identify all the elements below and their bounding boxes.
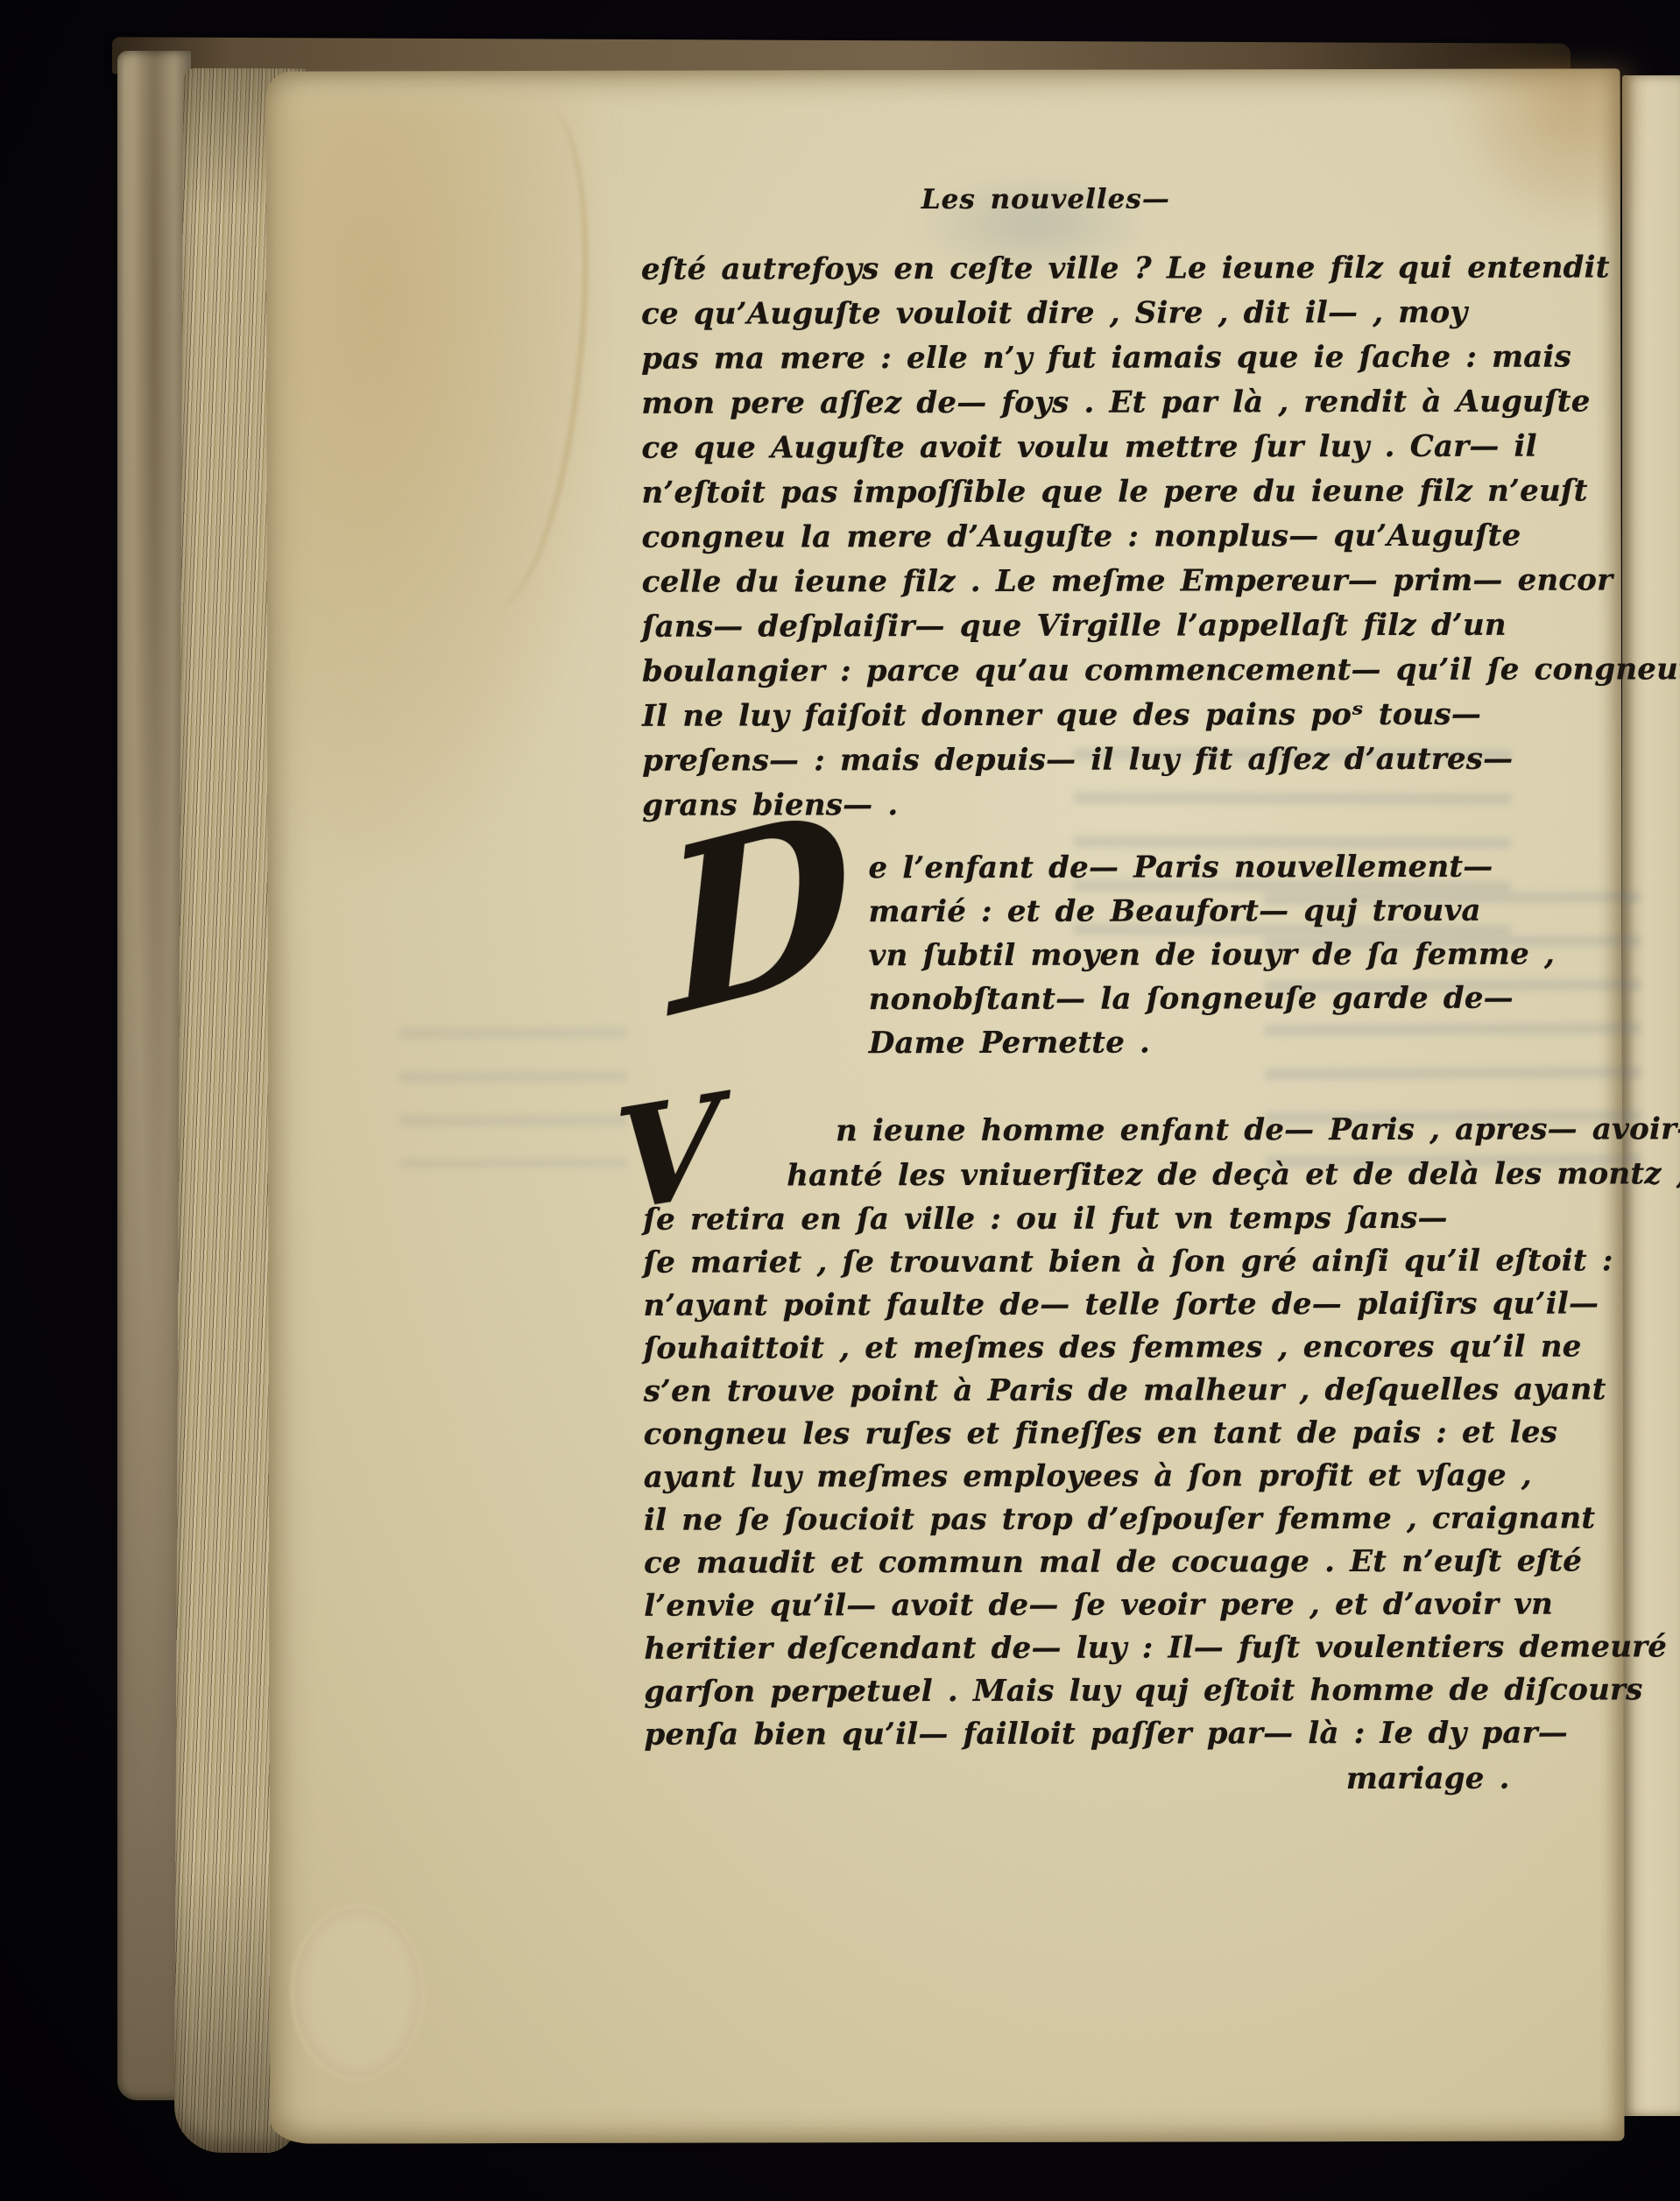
text-line: l’envie qu’il— avoit de— ſe veoir pere ,…: [644, 1584, 1520, 1628]
paragraph-2: ſe retira en ſa ville : ou il fut vn tem…: [643, 1197, 1520, 1757]
show-through-text: [399, 1027, 627, 1168]
text-line: boulangier : parce qu’au commencement— q…: [642, 648, 1518, 695]
water-stain-edge: [421, 97, 608, 617]
catchword-line: mariage .: [645, 1758, 1510, 1802]
heading-line: e l’enfant de— Paris nouvellement—: [868, 845, 1534, 891]
photograph-background: Les nouvelles— eſté autrefoys en ceſte v…: [0, 0, 1680, 2201]
facing-page-sliver: [1622, 75, 1680, 2116]
decorated-initial-D: D: [659, 778, 860, 1048]
text-line: mon pere aſſez de— foys . Et par là , re…: [641, 380, 1517, 427]
manuscript-page: Les nouvelles— eſté autrefoys en ceſte v…: [266, 68, 1625, 2143]
heading-line: vn ſubtil moyen de iouyr de ſa femme ,: [869, 933, 1535, 978]
text-line: ce que Auguſte avoit voulu mettre ſur lu…: [641, 425, 1517, 471]
text-line: il ne ſe ſoucioit pas trop d’eſpouſer fe…: [644, 1498, 1520, 1542]
paragraph-1: eſté autrefoys en ceſte ville ? Le ieune…: [641, 246, 1518, 829]
running-title: Les nouvelles—: [921, 183, 1170, 215]
section-heading: e l’enfant de— Paris nouvellement— marié…: [868, 845, 1535, 1066]
text-line: ſe mariet , ſe trouvant bien à ſon gré a…: [643, 1240, 1519, 1285]
text-line: congneu la mere d’Auguſte : nonplus— qu’…: [642, 514, 1518, 561]
text-line: penſa bien qu’il— failloit paſſer par— l…: [644, 1712, 1520, 1757]
text-line: hanté les vniuerſitez de deçà et de delà…: [787, 1152, 1680, 1198]
text-line: pas ma mere : elle n’y fut iamais que ie…: [641, 335, 1517, 382]
text-line: ce qu’Auguſte vouloit dire , Sire , dit …: [641, 291, 1517, 337]
heading-line: marié : et de Beaufort— quj trouva: [868, 889, 1534, 935]
text-line: ce maudit et commun mal de cocuage . Et …: [644, 1541, 1520, 1585]
paper-watermark: [291, 1905, 424, 2080]
text-line: ſe retira en ſa ville : ou il fut vn tem…: [643, 1197, 1519, 1242]
text-line: ayant luy meſmes employees à ſon profit …: [644, 1455, 1520, 1499]
text-line: heritier deſcendant de— luy : Il— fuſt v…: [644, 1626, 1520, 1671]
text-line: eſté autrefoys en ceſte ville ? Le ieune…: [641, 246, 1517, 293]
text-line: Il ne luy faiſoit donner que des pains p…: [642, 693, 1518, 739]
heading-line: Dame Pernette .: [869, 1020, 1535, 1066]
text-line: n ieune homme enfant de— Paris , apres— …: [836, 1107, 1680, 1153]
text-line: garſon perpetuel . Mais luy quj eſtoit h…: [644, 1669, 1520, 1714]
heading-line: nonobſtant— la ſongneuſe garde de—: [869, 977, 1535, 1022]
text-line: celle du ieune filz . Le meſme Empereur—…: [642, 559, 1518, 605]
corner-stain: [1440, 63, 1633, 238]
text-line: n’eſtoit pas impoſſible que le pere du i…: [641, 469, 1517, 516]
text-line: ſouhaittoit , et meſmes des femmes , enc…: [644, 1326, 1520, 1371]
text-line: ſans— deſplaiſir— que Virgille l’appella…: [642, 603, 1518, 650]
text-line: n’ayant point faulte de— telle ſorte de—…: [643, 1283, 1519, 1328]
text-line: congneu les ruſes et fineſſes en tant de…: [644, 1412, 1520, 1457]
text-line: s’en trouve point à Paris de malheur , d…: [644, 1369, 1520, 1414]
water-stain: [272, 94, 606, 865]
